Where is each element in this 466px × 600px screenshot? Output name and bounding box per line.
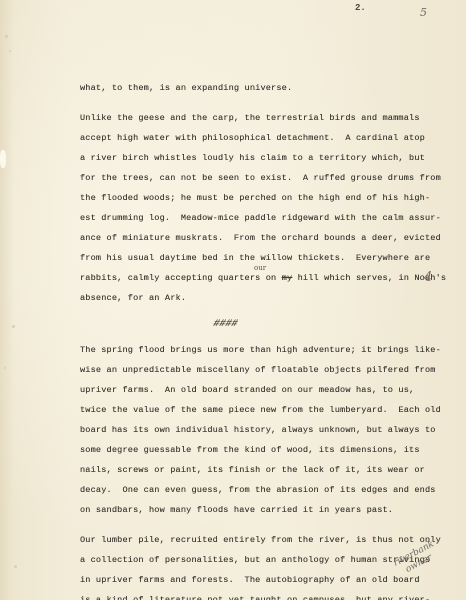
handwritten-margin-number: 4 — [424, 270, 432, 285]
text-line: Our lumber pile, recruited entirely from… — [80, 535, 441, 545]
text-line: what, to them, is an expanding universe. — [80, 83, 292, 93]
text-line: the flooded woods; he must be perched on… — [80, 193, 430, 203]
typescript-page: 2. 5 what, to them, is an expanding univ… — [0, 0, 466, 600]
paper-speck — [5, 35, 8, 38]
text-line: is a kind of literature not yet taught o… — [80, 595, 430, 600]
paper-damage — [0, 150, 6, 168]
text-line: board has its own individual history, al… — [80, 425, 436, 435]
text-line: for the trees, can not be seen to exist.… — [80, 173, 441, 183]
handwritten-folio-number: 5 — [420, 6, 427, 19]
text-line: on sandbars, how many floods have carrie… — [80, 505, 393, 515]
text-line: in upriver farms and forests. The autobi… — [80, 575, 420, 585]
text-line: absence, for an Ark. — [80, 293, 186, 303]
text-line: ance of miniature muskrats. From the orc… — [80, 233, 441, 243]
paper-speck — [12, 325, 15, 328]
text-line: a collection of personalities, but an an… — [80, 555, 430, 565]
handwritten-margin-note: riverbank owner — [392, 539, 441, 579]
paper-speck — [9, 50, 11, 52]
text-line: est drumming log. Meadow-mice paddle rid… — [80, 213, 441, 223]
section-break-mark: #### — [211, 319, 239, 330]
text-line: from his usual daytime bed in the willow… — [80, 253, 430, 263]
text-line: upriver farms. An old board stranded on … — [80, 385, 414, 395]
text-line-with-edit: rabbits, calmly accepting quarters on my… — [80, 273, 446, 283]
paper-speck — [4, 367, 6, 369]
struck-word: my — [282, 273, 293, 283]
text-line: wise an unpredictable miscellany of floa… — [80, 365, 436, 375]
text-line: twice the value of the same piece new fr… — [80, 405, 441, 415]
left-margin-shading — [0, 0, 14, 600]
text-segment: rabbits, calmly accepting quarters on — [80, 273, 282, 283]
text-line: decay. One can even guess, from the abra… — [80, 485, 436, 495]
text-line: nails, screws or paint, its finish or th… — [80, 465, 425, 475]
text-line: The spring flood brings us more than hig… — [80, 345, 441, 355]
handwritten-insertion: our — [254, 264, 266, 272]
text-line: a river birch whistles loudly his claim … — [80, 153, 425, 163]
page-number: 2. — [355, 3, 366, 13]
text-line: some degree guessable from the kind of w… — [80, 445, 420, 455]
paper-speck — [14, 565, 17, 568]
text-line: Unlike the geese and the carp, the terre… — [80, 113, 420, 123]
text-line: accept high water with philosophical det… — [80, 133, 425, 143]
